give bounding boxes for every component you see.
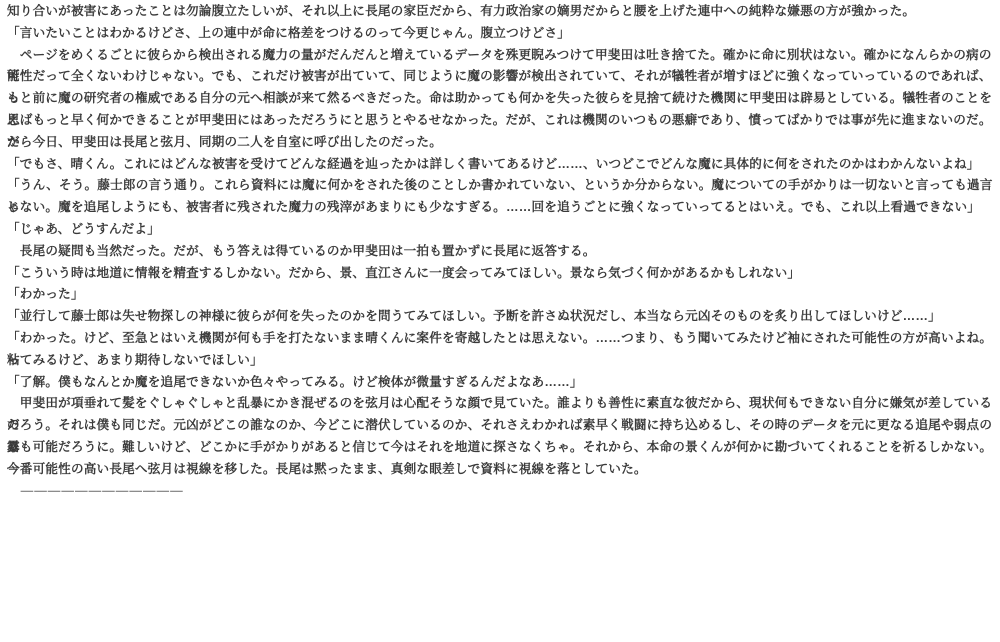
text-line-09: 「うん、そう。藤士郎の言う通り。これら資料には魔に何かをされた後のことしか書かれ… [7,175,993,197]
text-line-12: 長尾の疑問も当然だった。だが、もう答えは得ているのか甲斐田は一拍も置かずに長尾に… [7,241,993,263]
text-line-16: 「わかった。けど、至急とはいえ機関が何も手を打たないまま晴くんに案件を寄越したと… [7,328,993,350]
text-line-07: から今日、甲斐田は長尾と弦月、同期の二人を自室に呼び出したのだった。 [7,132,993,154]
text-line-19: 甲斐田が項垂れて髪をぐしゃぐしゃと乱暴にかき混ぜるのを弦月は心配そうな顔で見てい… [7,393,993,415]
text-line-18: 「了解。僕もなんとか魔を追尾できないか色々やってみる。けど検体が微量すぎるんだよ… [7,372,993,394]
text-line-02: 「言いたいことはわかるけどさ、上の連中が命に格差をつけるのって今更じゃん。腹立つ… [7,23,993,45]
separator-dashes: ―――――――――――― [7,481,993,503]
text-line-06: えばもっと早く何かできることが甲斐田にはあっただろうにと思うとやるせなかった。だ… [7,110,993,132]
text-line-13: 「こういう時は地道に情報を精査するしかない。だから、景、直江さんに一度会ってみて… [7,263,993,285]
text-line-05: っと前に魔の研究者の権威である自分の元へ相談が来て然るべきだった。命は助かっても… [7,88,993,110]
text-line-22: 一番可能性の高い長尾へ弦月は視線を移した。長尾は黙ったまま、真剣な眼差しで資料に… [7,459,993,481]
text-line-20: だろう。それは僕も同じだ。元凶がどこの誰なのか、今どこに潜伏しているのか、それさ… [7,415,993,437]
text-line-17: ってみるけど、あまり期待しないでほしい」 [7,350,993,372]
text-line-11: 「じゃあ、どうすんだよ」 [7,219,993,241]
text-line-03: ページをめくるごとに彼らから検出される魔力の量がだんだんと増えているデータを殊更… [7,45,993,67]
text-line-04: 能性だって全くないわけじゃない。でも、これだけ被害が出ていて、同じように魔の影響… [7,66,993,88]
text-line-08: 「でもさ、晴くん。これにはどんな被害を受けてどんな経過を辿ったかは詳しく書いてあ… [7,154,993,176]
text-line-15: 「並行して藤士郎は失せ物探しの神様に彼らが何を失ったのかを問うてみてほしい。予断… [7,306,993,328]
text-line-14: 「わかった」 [7,284,993,306]
novel-text-page: 知り合いが被害にあったことは勿論腹立たしいが、それ以上に長尾の家臣だから、有力政… [0,0,1000,642]
text-line-21: 露も可能だろうに。難しいけど、どこかに手がかりがあると信じて今はそれを地道に探さ… [7,437,993,459]
text-line-10: ゃない。魔を追尾しようにも、被害者に残された魔力の残滓があまりにも少なすぎる。…… [7,197,993,219]
text-line-01: 知り合いが被害にあったことは勿論腹立たしいが、それ以上に長尾の家臣だから、有力政… [7,1,993,23]
